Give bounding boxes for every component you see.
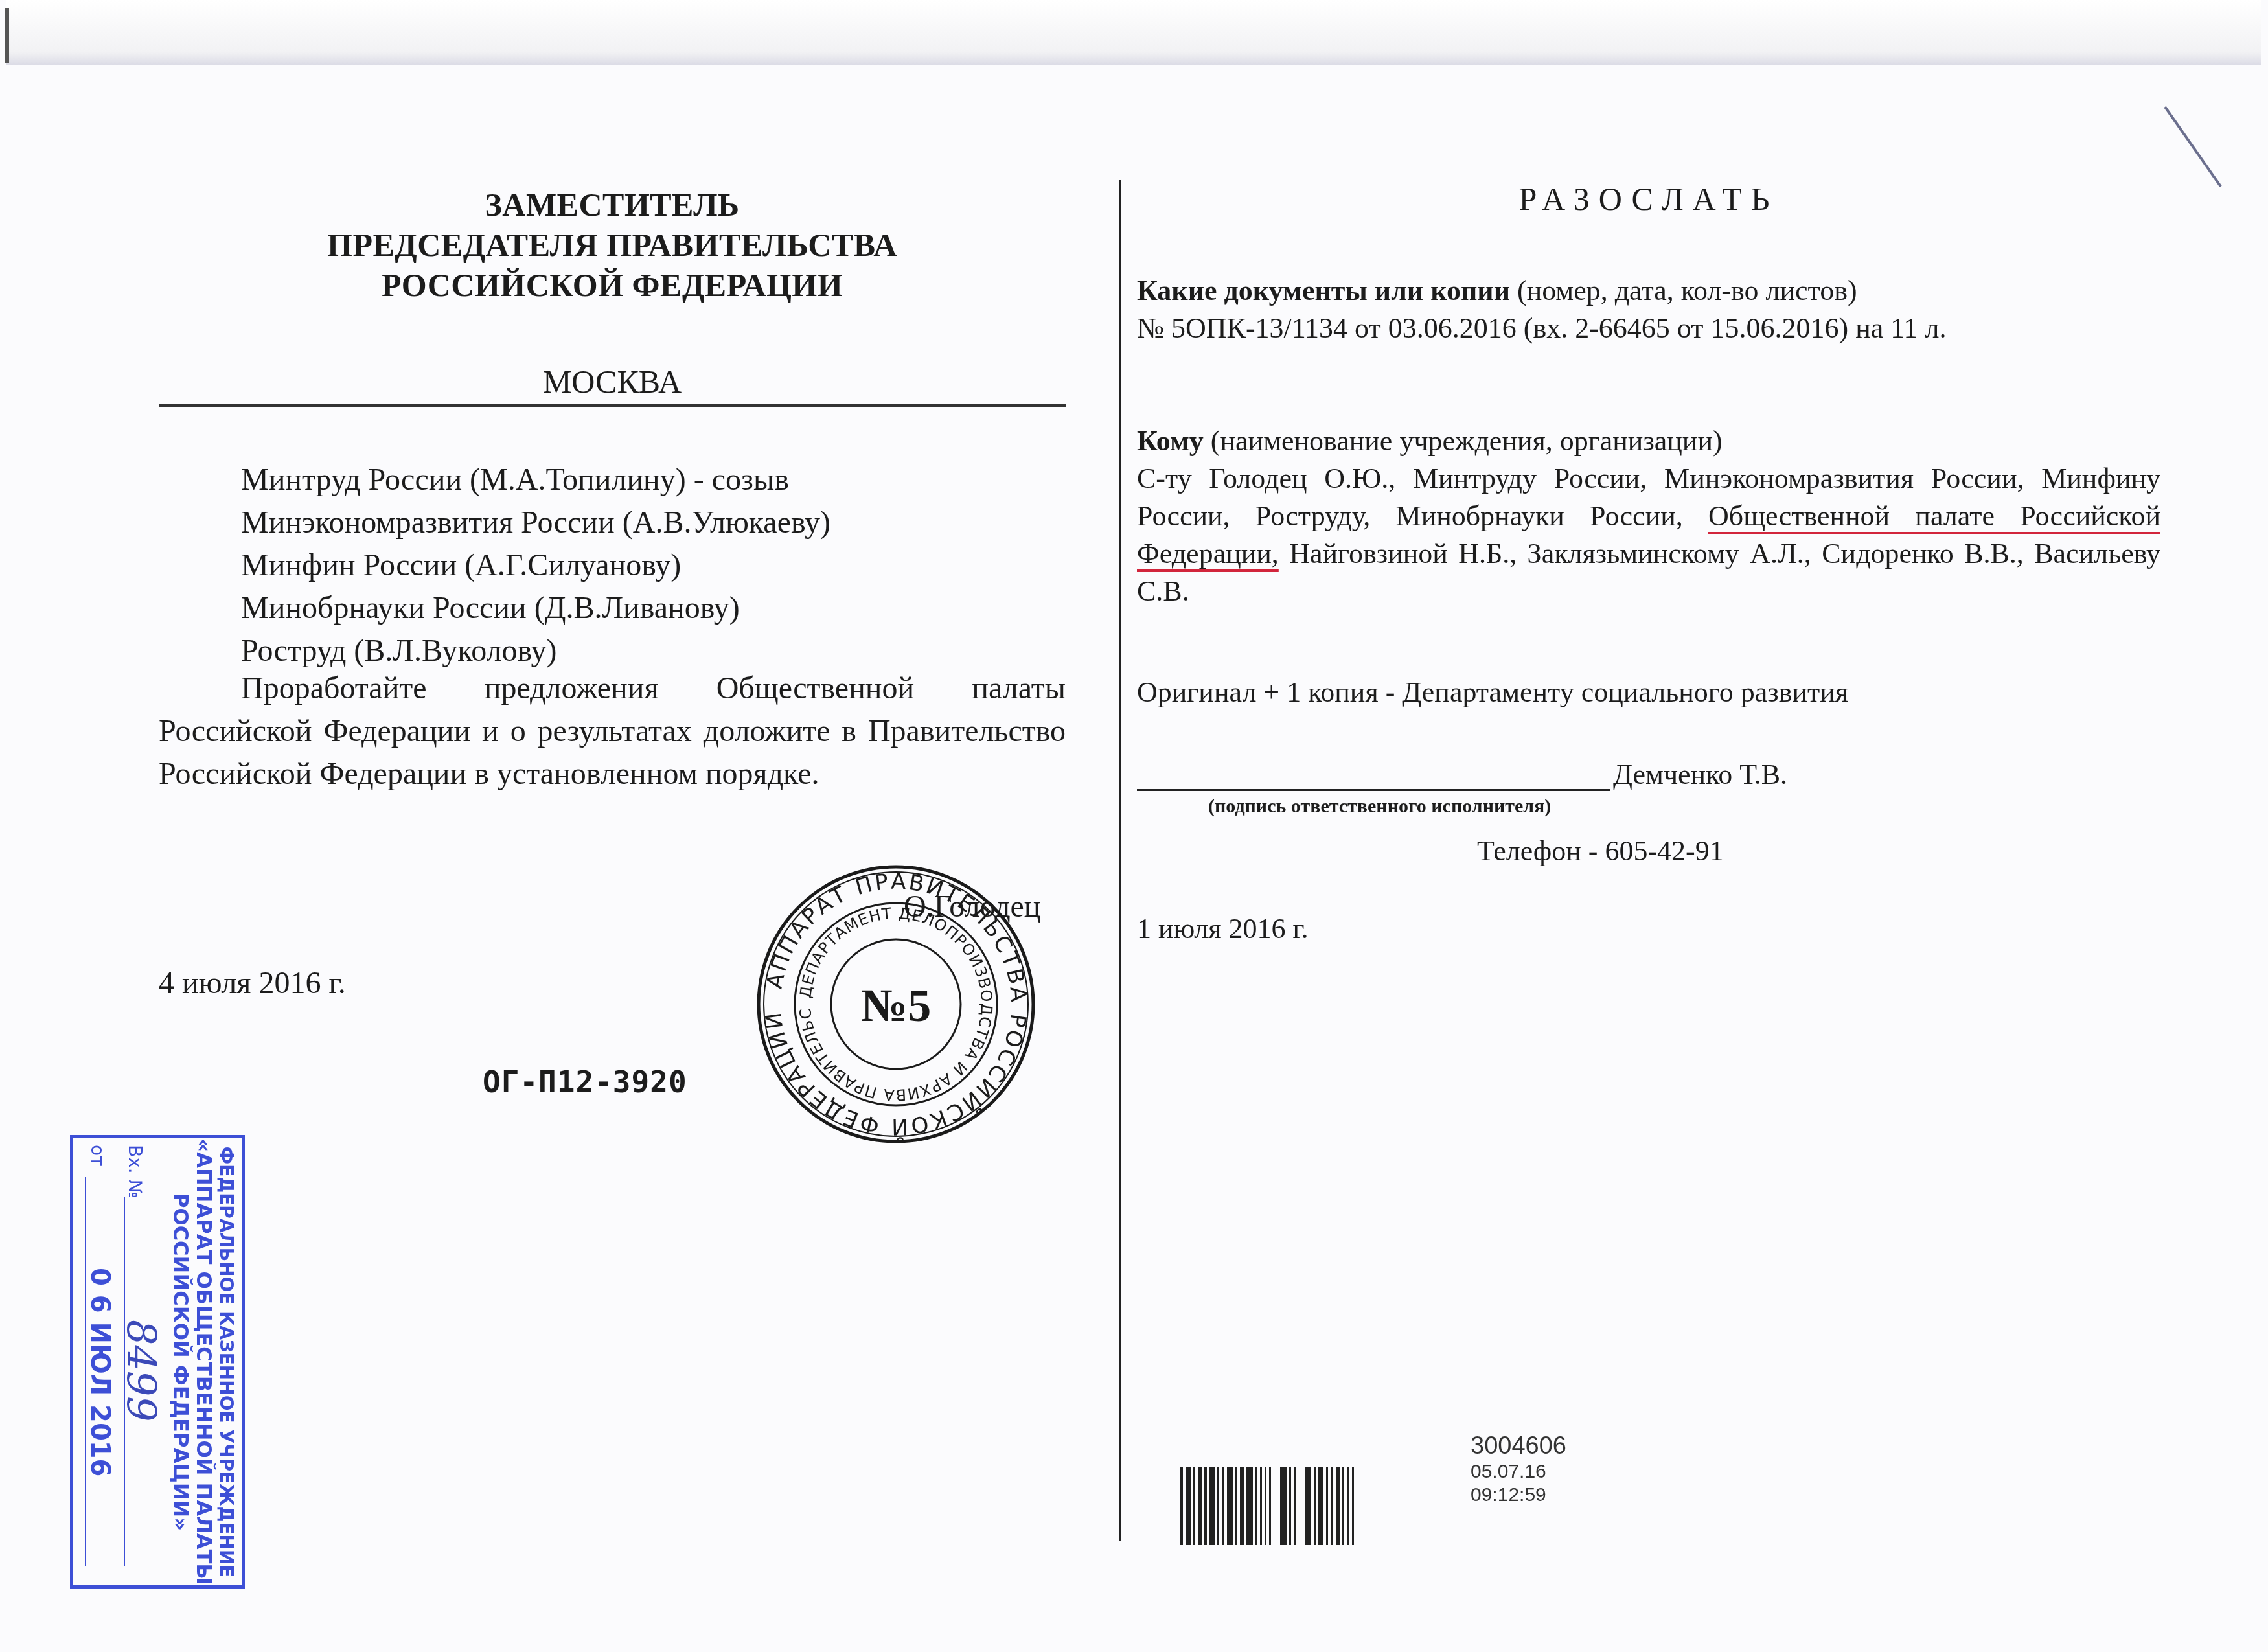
signature-caption: (подпись ответственного исполнителя) [1208,796,1551,818]
recipients-part-2: Найговзиной Н.Б., Заклязьминскому А.Л., … [1137,538,2160,607]
header-line-2: ПРЕДСЕДАТЕЛЯ ПРАВИТЕЛЬСТВА [159,225,1066,265]
original-copy-line: Оригинал + 1 копия - Департаменту социал… [1137,674,2160,711]
addressee: Минобрнауки России (Д.В.Ливанову) [241,587,740,630]
header-line-3: РОССИЙСКОЙ ФЕДЕРАЦИИ [159,265,1066,305]
scan-edge [5,8,9,63]
recipients-label-bold: Кому [1137,425,1204,457]
documents-label-bold: Какие документы или копии [1137,275,1510,306]
city: МОСКВА [159,363,1066,400]
column-divider [1119,180,1121,1541]
documents-value: № 5ОПК-13/1134 от 03.06.2016 (вх. 2-6646… [1137,310,2160,347]
incoming-number-handwritten: 8499 [118,1320,165,1422]
addressee: Минфин России (А.Г.Силуанову) [241,544,681,587]
documents-label: Какие документы или копии (номер, дата, … [1137,272,2160,310]
incoming-number-label: Вх. № [124,1145,146,1199]
addressee: Роструд (В.Л.Вуколову) [241,630,556,672]
recipients-list: С-ту Голодец О.Ю., Минтруду России, Минэ… [1137,460,2160,610]
stamp-line-3: РОССИЙСКОЙ ФЕДЕРАЦИИ» [170,1138,191,1585]
barcode [1180,1467,1394,1545]
left-date: 4 июля 2016 г. [159,965,346,1001]
recipients-label-rest: (наименование учреждения, организации) [1204,425,1723,457]
barcode-number: 3004606 [1471,1432,1566,1460]
from-label: от [87,1145,108,1166]
header-rule [159,404,1066,407]
executor-name: Демченко Т.В. [1613,758,1787,791]
recipients-label: Кому (наименование учреждения, организац… [1137,422,2160,460]
incoming-date: 0 6 ИЮЛ 2016 [85,1268,115,1476]
signature-line [1137,789,1610,791]
instruction-text: Проработайте предложения Общественной па… [159,667,1066,796]
incoming-stamp: ФЕДЕРАЛЬНОЕ КАЗЕННОЕ УЧРЕЖДЕНИЕ «АППАРАТ… [70,1135,245,1589]
official-seal: АППАРАТ ПРАВИТЕЛЬСТВА РОССИЙСКОЙ ФЕДЕРАЦ… [753,862,1038,1147]
seal-center: №5 [861,980,931,1031]
distribute-title: РАЗОСЛАТЬ [1137,180,2160,218]
stamp-line-1: ФЕДЕРАЛЬНОЕ КАЗЕННОЕ УЧРЕЖДЕНИЕ [216,1138,236,1585]
right-date: 1 июля 2016 г. [1137,912,1309,945]
addressee: Минтруд России (М.А.Топилину) - созыв [241,459,789,501]
addressee: Минэкономразвития России (А.В.Улюкаеву) [241,501,830,544]
scanner-top-strip [6,0,2261,65]
documents-label-rest: (номер, дата, кол-во листов) [1510,275,1857,306]
stamp-line-2: «АППАРАТ ОБЩЕСТВЕННОЙ ПАЛАТЫ [194,1138,214,1585]
barcode-info: 3004606 05.07.16 09:12:59 [1471,1432,1566,1507]
header-line-1: ЗАМЕСТИТЕЛЬ [159,185,1066,225]
pen-mark [2164,106,2221,187]
phone: Телефон - 605-42-91 [1477,834,1724,867]
registration-number: ОГ-П12-3920 [483,1064,687,1099]
barcode-time: 09:12:59 [1471,1484,1566,1507]
barcode-date: 05.07.16 [1471,1460,1566,1484]
